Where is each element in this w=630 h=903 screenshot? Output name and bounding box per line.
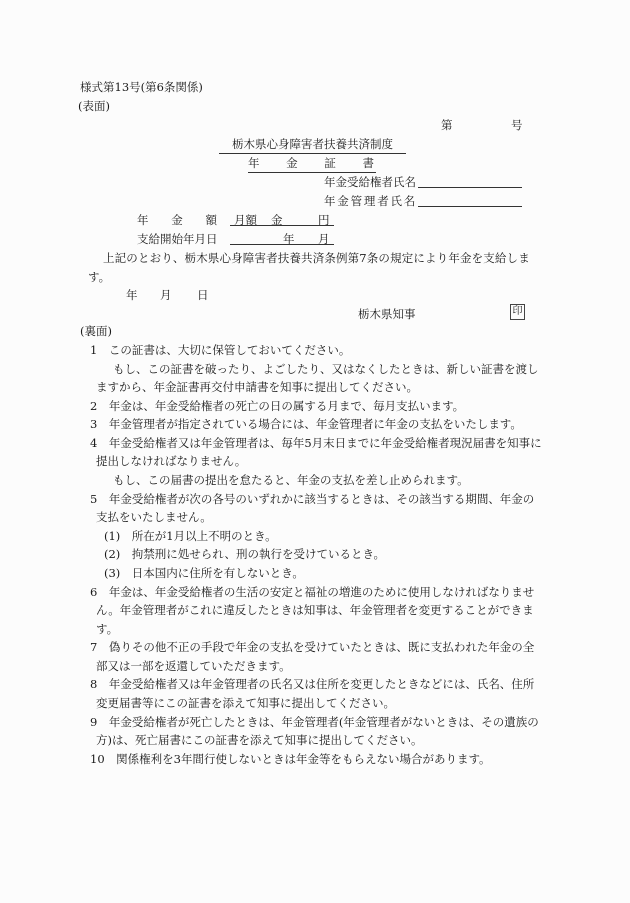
- note-line: ますから、年金証書再交付申請書を知事に提出してください。: [96, 382, 418, 394]
- note-line: ん。年金管理者がこれに違反したときは知事は、年金管理者を変更することができま: [96, 605, 534, 617]
- note-line: 7 偽りその他不正の手段で年金の支払を受けていたときは、既に支払われた年金の全: [90, 642, 534, 654]
- note-line: (3) 日本国内に住所を有しないとき。: [104, 568, 304, 580]
- note-line: 10 関係権利を3年間行使しないときは年金等をもらえない場合があります。: [90, 754, 491, 766]
- issuer-name: 栃木県知事: [358, 309, 416, 321]
- certificate-number-prefix: 第: [441, 120, 453, 132]
- note-line: 提出しなければなりません。: [96, 456, 246, 468]
- system-title-underline: [219, 153, 406, 154]
- note-line: もし、この証書を破ったり、よごしたり、又はなくしたときは、新しい証書を渡し: [90, 364, 539, 376]
- note-line: 3 年金管理者が指定されている場合には、年金管理者に年金の支払をいたします。: [90, 419, 522, 431]
- note-line: 5 年金受給権者が次の各号のいずれかに該当するときは、その該当する期間、年金の: [90, 494, 534, 506]
- note-line: もし、この届書の提出を怠たると、年金の支払を差し止められます。: [90, 475, 469, 487]
- statement-text-cont: す。: [88, 272, 110, 284]
- note-line: 支払をいたしません。: [96, 512, 212, 524]
- certificate-number-suffix: 号: [511, 120, 523, 132]
- start-date-underline: [230, 244, 334, 245]
- manager-name-label: 年金管理者氏名: [324, 196, 417, 208]
- issue-date-month: 月: [160, 290, 172, 302]
- note-line: 8 年金受給権者又は年金管理者の氏名又は住所を変更したときなどには、氏名、住所: [90, 679, 534, 691]
- issue-date-year: 年: [126, 290, 138, 302]
- note-line: 方)は、死亡届書にこの証書を添えて知事に提出してください。: [96, 735, 422, 747]
- back-side-label: (裏面): [80, 326, 112, 338]
- recipient-name-field[interactable]: [418, 187, 522, 188]
- note-line: 2 年金は、年金受給権者の死亡の日の属する月まで、毎月支払います。: [90, 401, 464, 413]
- front-side-label: (表面): [78, 101, 110, 113]
- certificate-title-underline: [248, 172, 376, 173]
- pension-amount-label: 年 金 額: [137, 215, 217, 227]
- note-line: 4 年金受給権者又は年金管理者は、毎年5月末日までに年金受給権者現況届書を知事に: [90, 438, 542, 450]
- start-date-label: 支給開始年月日: [137, 234, 218, 246]
- system-title: 栃木県心身障害者扶養共済制度: [219, 139, 406, 153]
- note-line: (2) 拘禁刑に処せられ、刑の執行を受けているとき。: [104, 549, 385, 561]
- note-line: 1 この証書は、大切に保管しておいてください。: [90, 345, 350, 357]
- certificate-title: 年 金 証 書: [248, 158, 374, 170]
- manager-name-field[interactable]: [418, 206, 522, 207]
- note-line: (1) 所在が1月以上不明のとき。: [104, 531, 277, 543]
- note-line: 6 年金は、年金受給権者の生活の安定と福祉の増進のために使用しなければなりませ: [90, 587, 534, 599]
- recipient-name-label: 年金受給権者氏名: [324, 177, 416, 189]
- issue-date-day: 日: [197, 290, 209, 302]
- seal-stamp: 印: [510, 304, 525, 320]
- note-line: 部又は一部を返還していただきます。: [96, 661, 291, 673]
- note-line: す。: [96, 624, 118, 636]
- note-line: 変更届書等にこの証書を添えて知事に提出してください。: [96, 698, 395, 710]
- statement-text: 上記のとおり、栃木県心身障害者扶養共済条例第7条の規定により年金を支給しま: [103, 253, 530, 265]
- form-number: 様式第13号(第6条関係): [80, 82, 203, 94]
- note-line: 9 年金受給権者が死亡したときは、年金管理者(年金管理者がないときは、その遺族の: [90, 717, 539, 729]
- pension-amount-underline: [230, 225, 334, 226]
